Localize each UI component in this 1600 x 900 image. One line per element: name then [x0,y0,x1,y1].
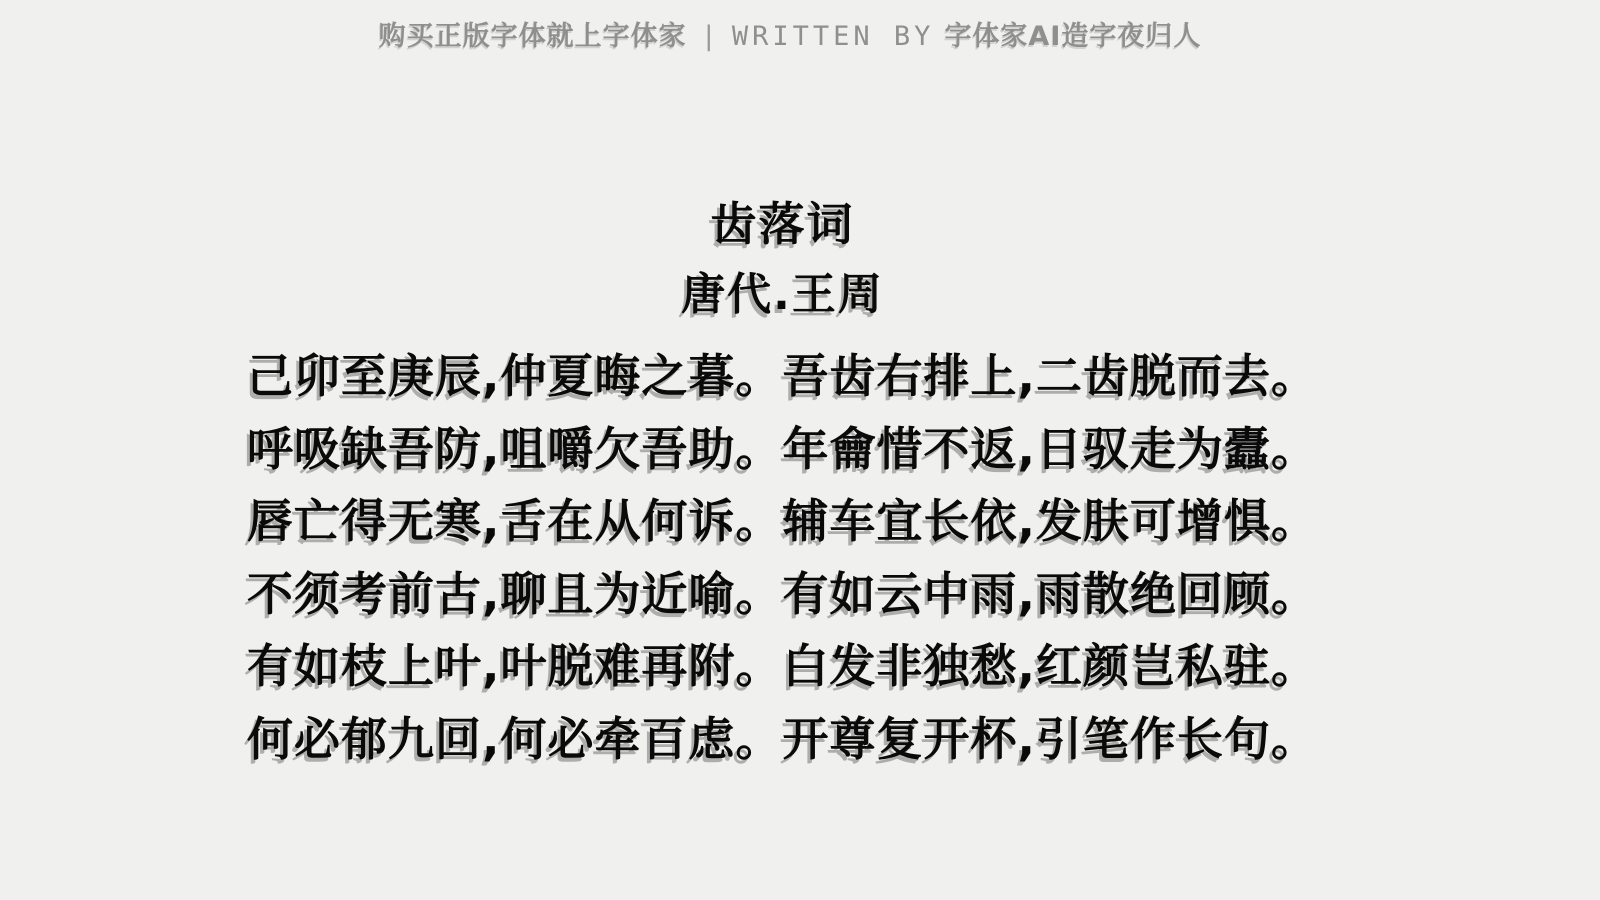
header-written-by-label: WRITTEN BY [732,21,935,52]
header-brand-text: 购买正版字体就上字体家 [379,21,687,52]
poem-line: 有如枝上叶,叶脱难再附。白发非独愁,红颜岂私驻。 [0,630,1565,703]
poem-line: 何必郁九回,何必牵百虑。开尊复开杯,引笔作长句。 [0,703,1565,776]
poem-line: 唇亡得无寒,舌在从何诉。辅车宜长依,发肤可增惧。 [0,485,1565,558]
poem-author: 唐代.王周 [0,263,1565,327]
poem-line: 不须考前古,聊且为近喻。有如云中雨,雨散绝回顾。 [0,558,1565,631]
header-credit-bar: 购买正版字体就上字体家|WRITTEN BY字体家AI造字夜归人 [0,14,1580,53]
header-separator: | [701,21,718,52]
poem-body: 己卯至庚辰,仲夏晦之暮。吾齿右排上,二齿脱而去。 呼吸缺吾防,咀嚼欠吾助。年龠惜… [0,340,1565,775]
poem-title: 齿落词 [0,192,1565,256]
header-font-credit: 字体家AI造字夜归人 [944,21,1201,52]
poem-line: 己卯至庚辰,仲夏晦之暮。吾齿右排上,二齿脱而去。 [0,340,1565,413]
poem-line: 呼吸缺吾防,咀嚼欠吾助。年龠惜不返,日驭走为蠹。 [0,413,1565,486]
